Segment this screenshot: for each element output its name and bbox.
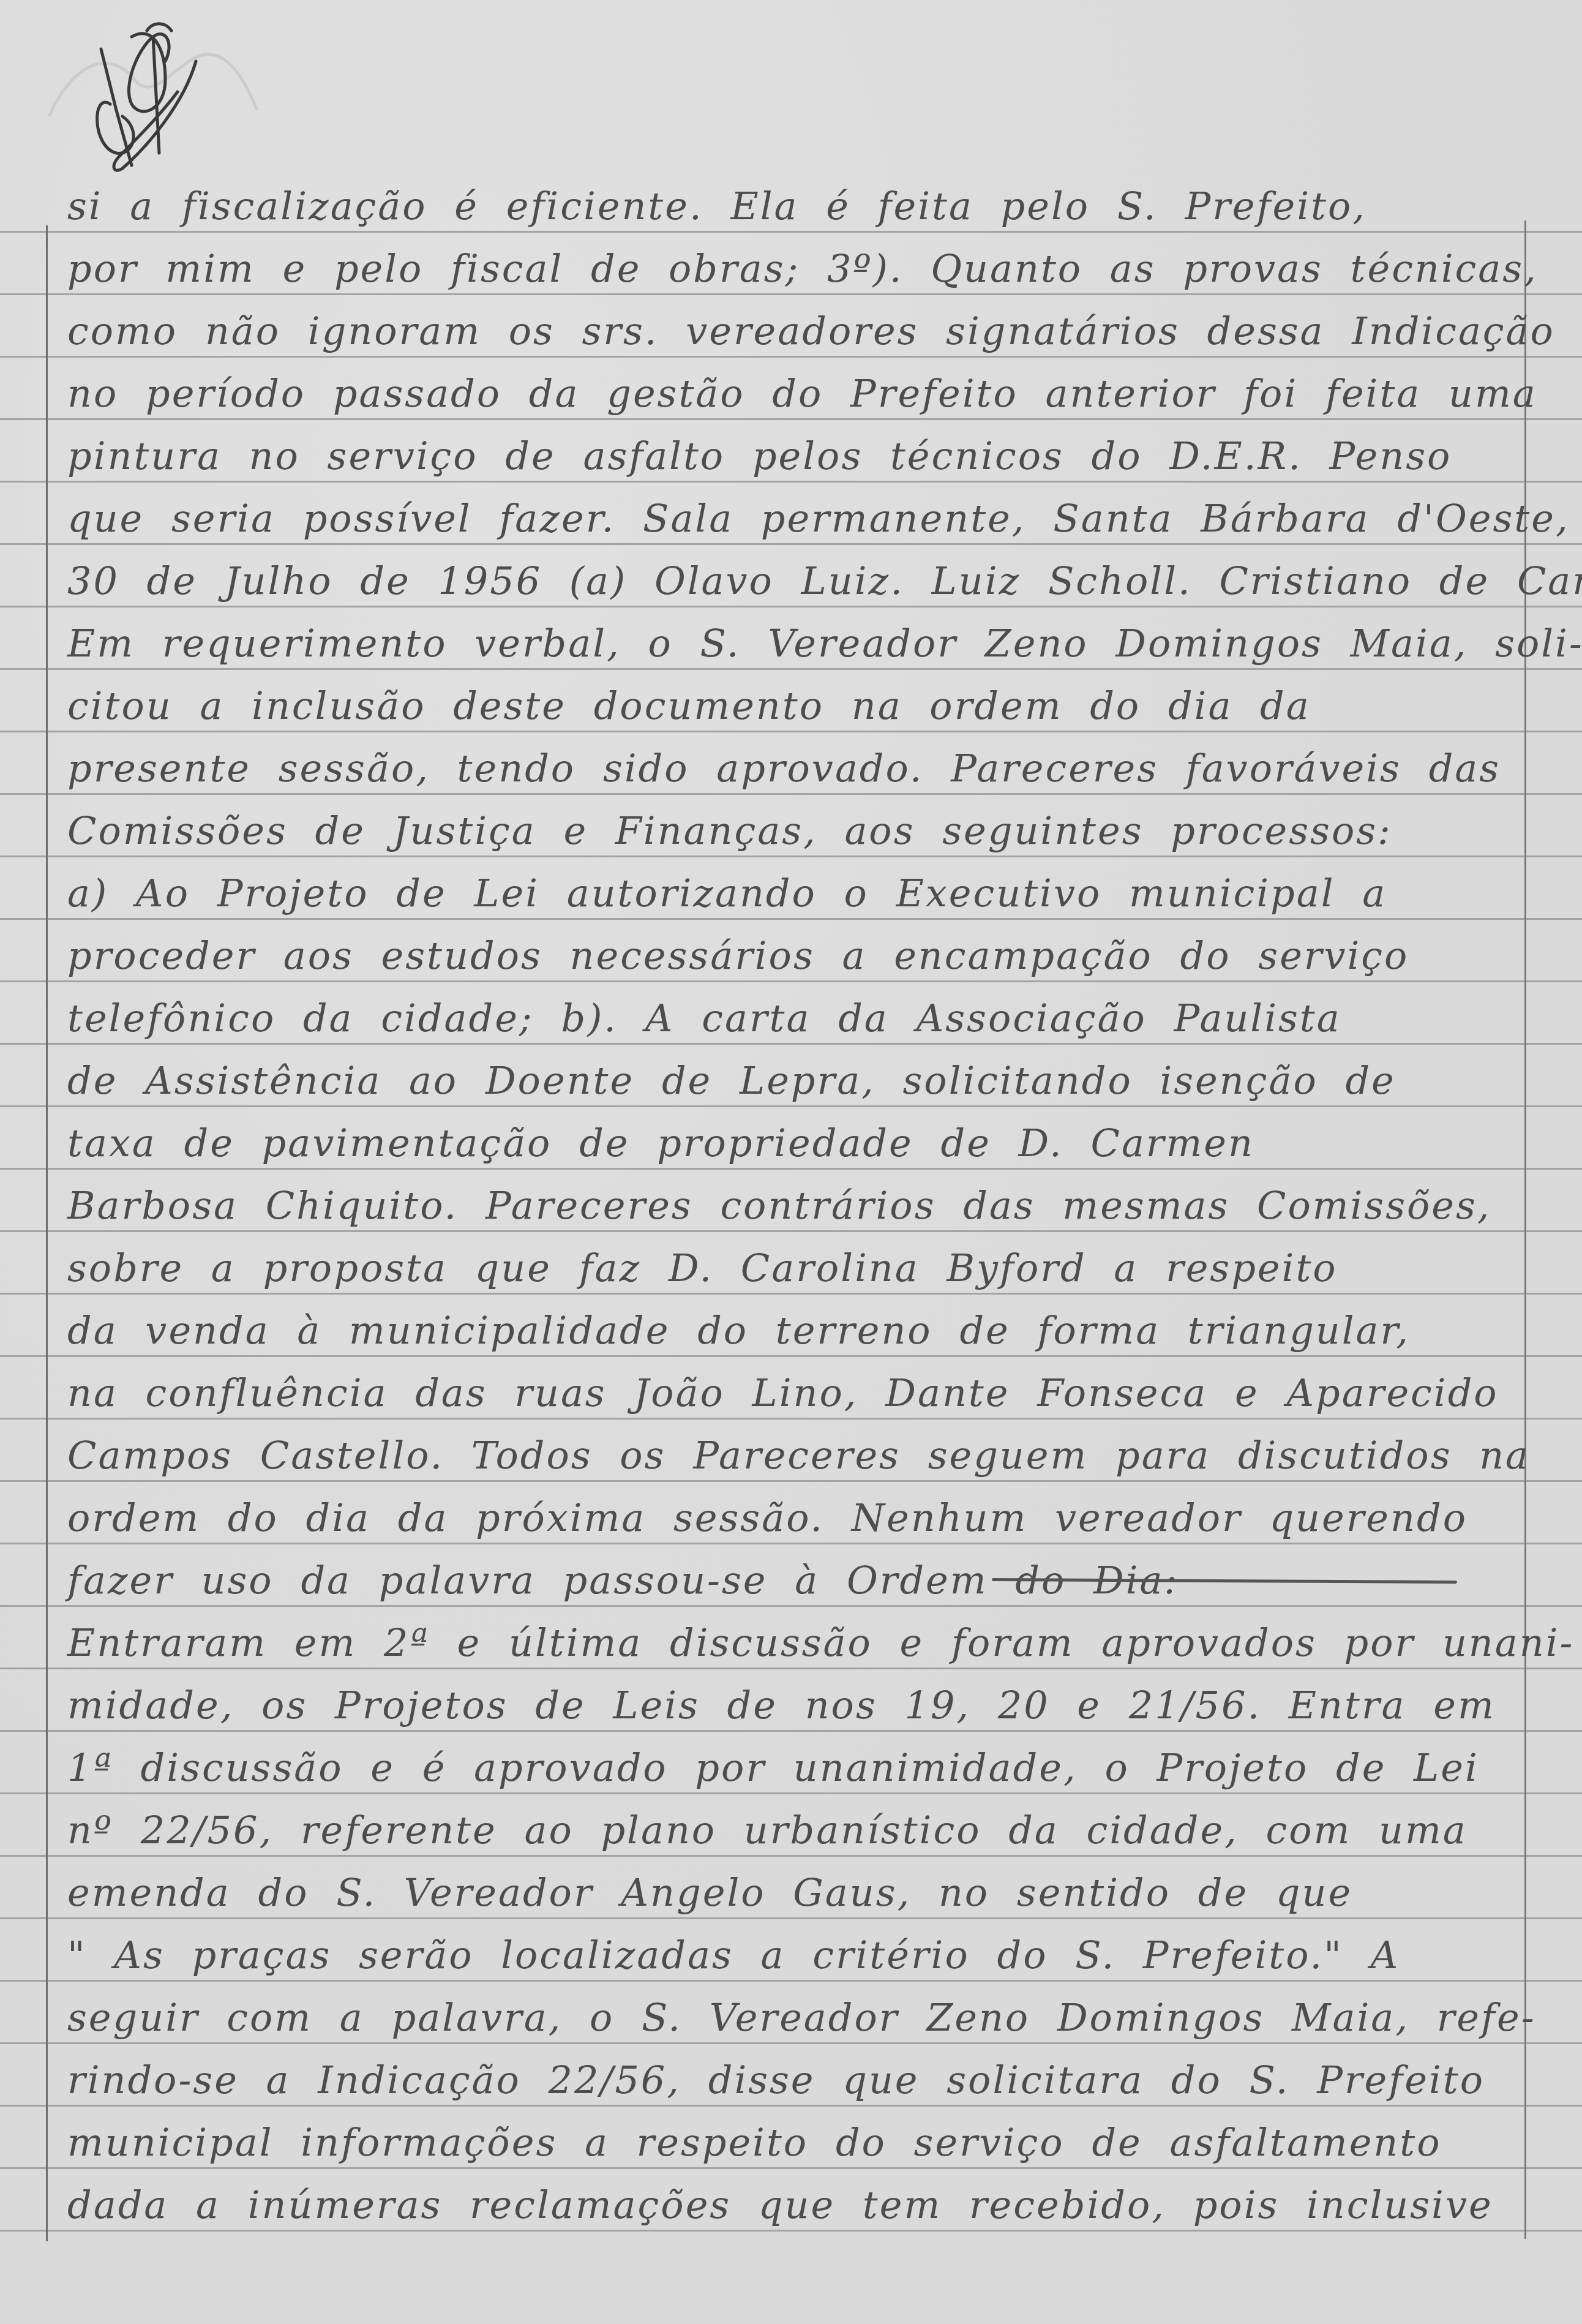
- text-line: pintura no serviço de asfalto pelos técn…: [67, 429, 1518, 484]
- text-line: municipal informações a respeito do serv…: [67, 2115, 1518, 2170]
- signature-initials-icon: [73, 12, 227, 184]
- lined-paper-page: si a fiscalização é eficiente. Ela é fei…: [0, 0, 1582, 2324]
- text-line: rindo-se a Indicação 22/56, disse que so…: [67, 2053, 1518, 2108]
- text-line: Barbosa Chiquito. Pareceres contrários d…: [67, 1178, 1518, 1233]
- text-line: que seria possível fazer. Sala permanent…: [67, 491, 1518, 546]
- text-line: 30 de Julho de 1956 (a) Olavo Luiz. Luiz…: [67, 554, 1518, 609]
- text-line: 1ª discussão e é aprovado por unanimidad…: [67, 1740, 1518, 1796]
- text-line: " As praças serão localizadas a critério…: [67, 1928, 1518, 1983]
- text-line: si a fiscalização é eficiente. Ela é fei…: [67, 179, 1518, 234]
- text-line: sobre a proposta que faz D. Carolina Byf…: [67, 1241, 1518, 1296]
- text-line: da venda à municipalidade do terreno de …: [67, 1303, 1518, 1358]
- text-line: na confluência das ruas João Lino, Dante…: [67, 1366, 1518, 1421]
- text-line: como não ignoram os srs. vereadores sign…: [67, 304, 1518, 359]
- text-line: a) Ao Projeto de Lei autorizando o Execu…: [67, 866, 1518, 921]
- text-line: telefônico da cidade; b). A carta da Ass…: [67, 991, 1518, 1046]
- text-line: Em requerimento verbal, o S. Vereador Ze…: [67, 616, 1518, 671]
- text-line: nº 22/56, referente ao plano urbanístico…: [67, 1803, 1518, 1858]
- text-line: por mim e pelo fiscal de obras; 3º). Qua…: [67, 241, 1518, 296]
- left-margin-line: [46, 225, 48, 2241]
- text-line: midade, os Projetos de Leis de nos 19, 2…: [67, 1678, 1518, 1733]
- text-line: Campos Castello. Todos os Pareceres segu…: [67, 1428, 1518, 1483]
- text-line: Comissões de Justiça e Finanças, aos seg…: [67, 803, 1518, 859]
- text-line: no período passado da gestão do Prefeito…: [67, 366, 1518, 421]
- text-line: taxa de pavimentação de propriedade de D…: [67, 1116, 1518, 1171]
- text-line: de Assistência ao Doente de Lepra, solic…: [67, 1053, 1518, 1108]
- text-line: dada a inúmeras reclamações que tem rece…: [67, 2178, 1518, 2233]
- text-line: emenda do S. Vereador Angelo Gaus, no se…: [67, 1865, 1518, 1920]
- text-line: presente sessão, tendo sido aprovado. Pa…: [67, 741, 1518, 796]
- text-line: seguir com a palavra, o S. Vereador Zeno…: [67, 1990, 1518, 2045]
- text-line: citou a inclusão deste documento na orde…: [67, 679, 1518, 734]
- text-line: ordem do dia da próxima sessão. Nenhum v…: [67, 1491, 1518, 1546]
- text-line: proceder aos estudos necessários a encam…: [67, 928, 1518, 983]
- text-line: Entraram em 2ª e última discussão e fora…: [67, 1615, 1518, 1671]
